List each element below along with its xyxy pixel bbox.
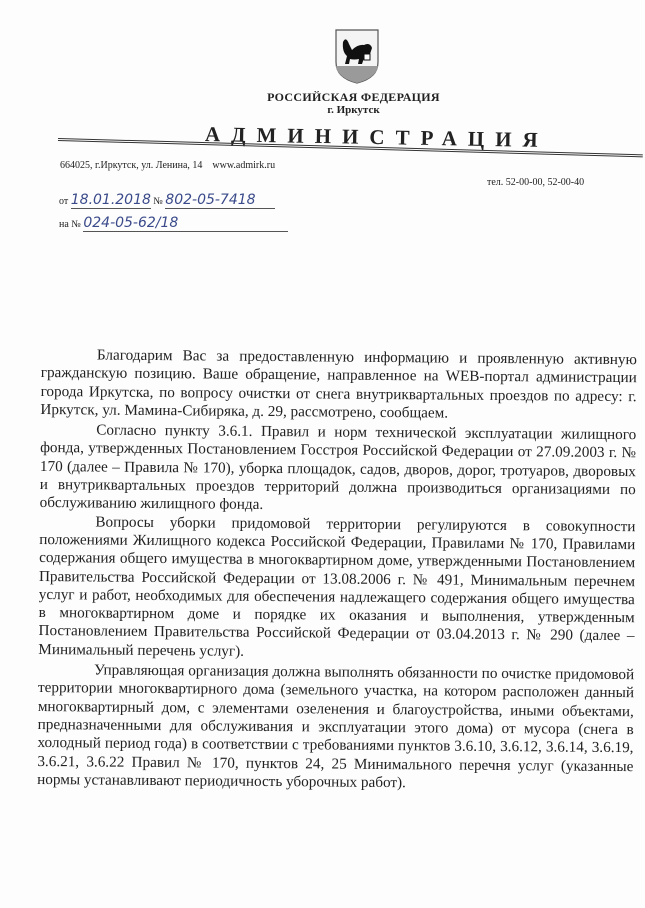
outgoing-reference: от 18.01.2018 № 802-05-7418 bbox=[59, 192, 275, 209]
address-line: 664025, г.Иркутск, ул. Ленина, 14 www.ad… bbox=[60, 160, 275, 171]
paragraph: Управляющая организация должна выполнять… bbox=[37, 661, 634, 794]
letter-body: Благодарим Вас за предоставленную информ… bbox=[37, 346, 637, 794]
country-name: РОССИЙСКАЯ ФЕДЕРАЦИЯ bbox=[0, 90, 645, 105]
paragraph: Согласно пункту 3.6.1. Правил и норм тех… bbox=[40, 421, 637, 518]
website-link[interactable]: www.admirk.ru bbox=[212, 160, 275, 171]
paragraph: Вопросы уборки придомовой территории рег… bbox=[38, 513, 635, 665]
number-label: № bbox=[153, 196, 163, 207]
reply-label: на № bbox=[59, 219, 81, 230]
letter-page: РОССИЙСКАЯ ФЕДЕРАЦИЯ г. Иркутск АДМИНИСТ… bbox=[0, 0, 645, 908]
paragraph: Благодарим Вас за предоставленную информ… bbox=[40, 346, 637, 424]
city-name: г. Иркутск bbox=[0, 104, 645, 116]
date-label: от bbox=[59, 196, 68, 207]
number-value: 802-05-7418 bbox=[165, 192, 275, 209]
reply-value: 024-05-62/18 bbox=[83, 215, 288, 232]
postal-address: 664025, г.Иркутск, ул. Ленина, 14 bbox=[60, 160, 202, 171]
phone-numbers: тел. 52-00-00, 52-00-40 bbox=[487, 177, 584, 188]
coat-of-arms-icon bbox=[334, 28, 380, 84]
incoming-reference: на № 024-05-62/18 bbox=[59, 215, 288, 232]
date-value: 18.01.2018 bbox=[71, 192, 151, 209]
